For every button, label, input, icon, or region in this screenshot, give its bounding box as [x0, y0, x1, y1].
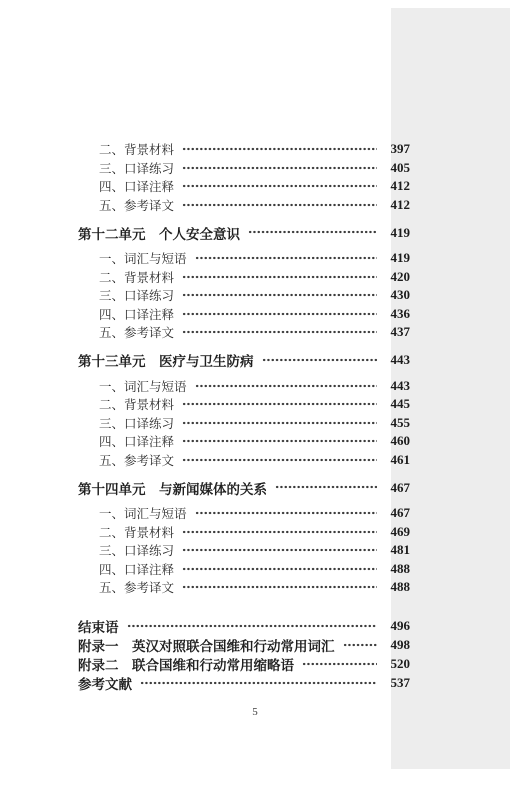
toc-subentry: 五、参考译文 488: [78, 578, 410, 597]
toc-subentry-label: 五、参考译文: [99, 323, 174, 341]
dot-leader: [182, 140, 377, 159]
toc-subentry-label: 三、口译练习: [99, 159, 174, 177]
dot-leader: [343, 636, 378, 655]
toc-entry-page-number: 498: [384, 637, 410, 653]
toc-entry-page-number: 455: [384, 415, 410, 431]
dot-leader: [182, 414, 377, 433]
toc-subentry-label: 二、背景材料: [99, 395, 174, 413]
toc-backmatter-label: 附录一 英汉对照联合国维和行动常用词汇: [78, 635, 335, 655]
toc-backmatter-label: 参考文献: [78, 673, 132, 693]
dot-leader: [248, 222, 377, 243]
toc-subentry-label: 三、口译练习: [99, 541, 174, 559]
toc-unit-heading: 第十二单元 个人安全意识 419: [78, 222, 410, 243]
toc-subentry-label: 二、背景材料: [99, 140, 174, 158]
toc-subentry: 四、口译注释 488: [78, 560, 410, 579]
toc-subentry: 二、背景材料 445: [78, 395, 410, 414]
folio-page-number: 5: [0, 706, 510, 718]
dot-leader: [182, 177, 377, 196]
dot-leader: [182, 432, 377, 451]
toc-unit-title: 第十四单元 与新闻媒体的关系: [78, 478, 267, 498]
toc-unit-heading: 第十三单元 医疗与卫生防病 443: [78, 350, 410, 371]
toc-entry-page-number: 460: [384, 433, 410, 449]
toc-subentry-label: 一、词汇与短语: [99, 377, 187, 395]
dot-leader: [182, 323, 377, 342]
book-toc-page: 二、背景材料 397 三、口译练习 405 四、口译注释 412 五、参考译文 …: [0, 0, 510, 800]
toc-entry-page-number: 445: [384, 396, 410, 412]
toc-subentry: 二、背景材料 397: [78, 140, 410, 159]
toc-subentry: 二、背景材料 469: [78, 523, 410, 542]
toc-subentry: 一、词汇与短语 419: [78, 249, 410, 268]
toc-backmatter-entry: 附录一 英汉对照联合国维和行动常用词汇 498: [78, 636, 410, 655]
toc-backmatter-label: 附录二 联合国维和行动常用缩略语: [78, 654, 294, 674]
toc-entry-page-number: 412: [384, 197, 410, 213]
dot-leader: [302, 655, 377, 674]
dot-leader: [195, 377, 377, 396]
dot-leader: [275, 477, 377, 498]
toc-entry-page-number: 496: [384, 618, 410, 634]
dot-leader: [195, 504, 377, 523]
toc-entry-page-number: 419: [384, 225, 410, 241]
toc-backmatter-label: 结束语: [78, 616, 119, 636]
toc-entry-page-number: 430: [384, 287, 410, 303]
dot-leader: [182, 395, 377, 414]
dot-leader: [140, 674, 377, 693]
toc-subentry: 五、参考译文 461: [78, 451, 410, 470]
toc-subentry: 三、口译练习 481: [78, 541, 410, 560]
toc-entry-page-number: 481: [384, 542, 410, 558]
toc-subentry-label: 四、口译注释: [99, 177, 174, 195]
toc-content: 二、背景材料 397 三、口译练习 405 四、口译注释 412 五、参考译文 …: [78, 140, 410, 693]
toc-entry-page-number: 520: [384, 656, 410, 672]
toc-entry-page-number: 467: [384, 480, 410, 496]
toc-subentry-label: 四、口译注释: [99, 432, 174, 450]
toc-backmatter-entry: 结束语 496: [78, 617, 410, 636]
toc-subentry: 四、口译注释 460: [78, 432, 410, 451]
dot-leader: [127, 617, 378, 636]
toc-backmatter-entry: 附录二 联合国维和行动常用缩略语 520: [78, 655, 410, 674]
toc-entry-page-number: 443: [384, 378, 410, 394]
toc-subentry-label: 五、参考译文: [99, 196, 174, 214]
toc-subentry-label: 一、词汇与短语: [99, 249, 187, 267]
toc-backmatter-entry: 参考文献 537: [78, 674, 410, 693]
toc-subentry-label: 三、口译练习: [99, 286, 174, 304]
toc-unit-title: 第十二单元 个人安全意识: [78, 223, 240, 243]
toc-entry-page-number: 488: [384, 561, 410, 577]
dot-leader: [182, 268, 377, 287]
toc-entry-page-number: 488: [384, 579, 410, 595]
toc-entry-page-number: 443: [384, 352, 410, 368]
toc-entry-page-number: 412: [384, 178, 410, 194]
dot-leader: [182, 451, 377, 470]
toc-unit-title: 第十三单元 医疗与卫生防病: [78, 350, 254, 370]
toc-entry-page-number: 436: [384, 306, 410, 322]
toc-entry-page-number: 437: [384, 324, 410, 340]
toc-subentry: 四、口译注释 412: [78, 177, 410, 196]
toc-back-matter: 结束语 496 附录一 英汉对照联合国维和行动常用词汇 498 附录二 联合国维…: [78, 617, 410, 693]
dot-leader: [182, 578, 377, 597]
toc-entry-page-number: 419: [384, 250, 410, 266]
toc-subentry: 四、口译注释 436: [78, 305, 410, 324]
toc-entry-page-number: 537: [384, 675, 410, 691]
toc-entry-page-number: 467: [384, 505, 410, 521]
toc-subentry: 三、口译练习 455: [78, 414, 410, 433]
toc-entry-page-number: 420: [384, 269, 410, 285]
toc-subentry: 一、词汇与短语 443: [78, 377, 410, 396]
toc-subentry-label: 五、参考译文: [99, 578, 174, 596]
dot-leader: [182, 286, 377, 305]
toc-subentry-label: 四、口译注释: [99, 560, 174, 578]
toc-entry-page-number: 397: [384, 141, 410, 157]
toc-subentry-label: 五、参考译文: [99, 451, 174, 469]
toc-entry-page-number: 469: [384, 524, 410, 540]
dot-leader: [262, 350, 378, 371]
toc-subentry-label: 二、背景材料: [99, 523, 174, 541]
toc-subentry-label: 四、口译注释: [99, 305, 174, 323]
toc-entry-page-number: 461: [384, 452, 410, 468]
dot-leader: [182, 196, 377, 215]
toc-subentry-label: 三、口译练习: [99, 414, 174, 432]
toc-subentry-label: 一、词汇与短语: [99, 504, 187, 522]
toc-unit-heading: 第十四单元 与新闻媒体的关系 467: [78, 477, 410, 498]
toc-subentry: 三、口译练习 430: [78, 286, 410, 305]
dot-leader: [182, 560, 377, 579]
dot-leader: [182, 541, 377, 560]
toc-subentry: 五、参考译文 437: [78, 323, 410, 342]
toc-subentry: 五、参考译文 412: [78, 196, 410, 215]
toc-subentry-label: 二、背景材料: [99, 268, 174, 286]
toc-subentry: 一、词汇与短语 467: [78, 504, 410, 523]
toc-subentry: 二、背景材料 420: [78, 268, 410, 287]
toc-subentry: 三、口译练习 405: [78, 159, 410, 178]
toc-entry-page-number: 405: [384, 160, 410, 176]
dot-leader: [182, 523, 377, 542]
dot-leader: [182, 159, 377, 178]
dot-leader: [195, 249, 377, 268]
dot-leader: [182, 305, 377, 324]
